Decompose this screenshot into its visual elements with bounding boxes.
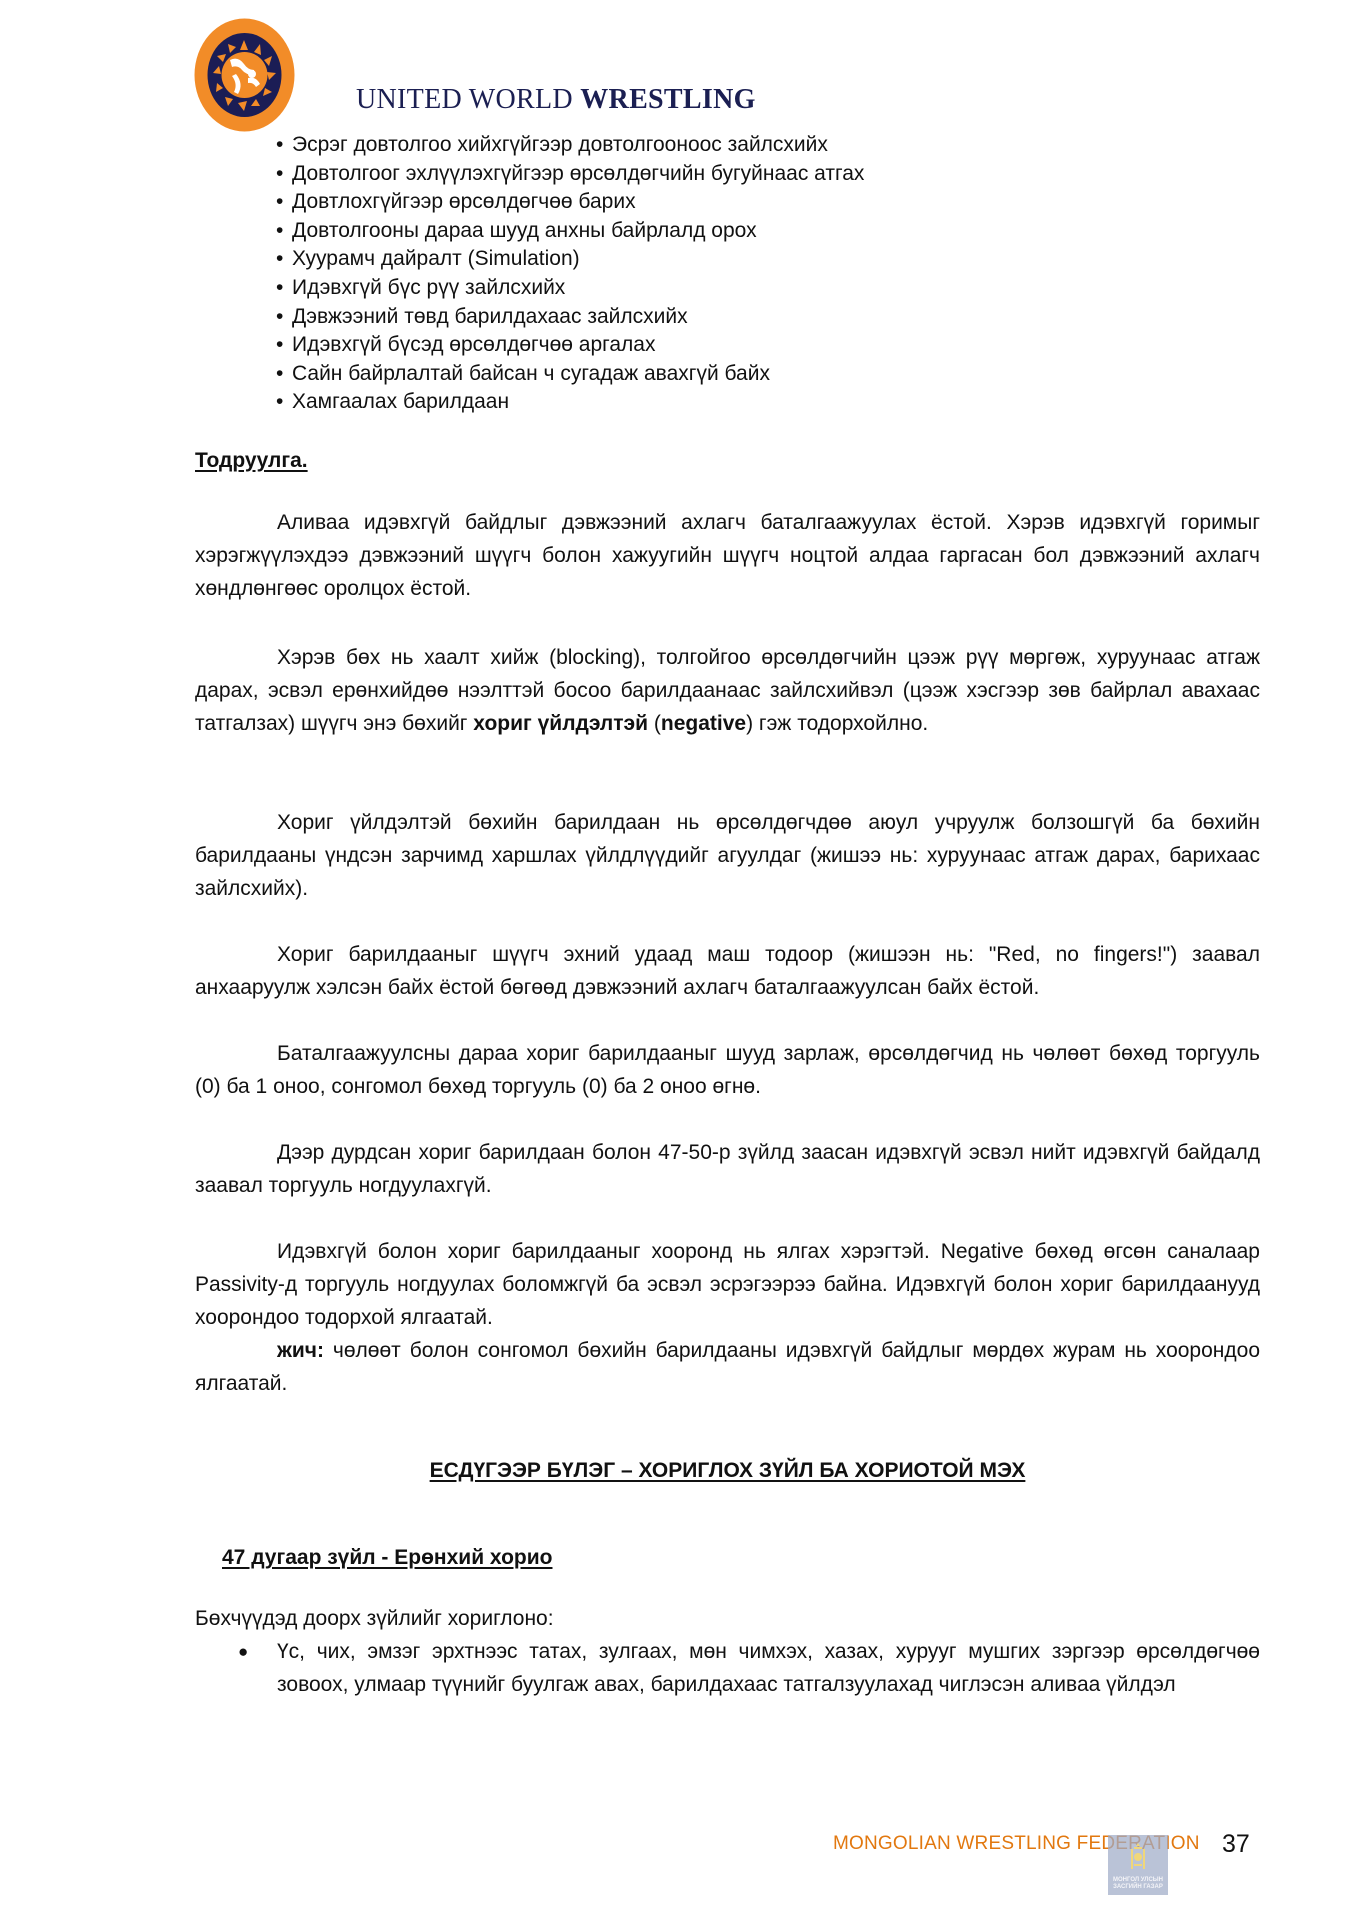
list-item: Довтолгооны дараа шууд анхны байрлалд ор…	[276, 217, 864, 246]
bold-term: хориг үйлдэлтэй	[473, 712, 648, 735]
list-item: Идэвхгүй бүс рүү зайлсхийх	[276, 274, 864, 303]
note-paragraph: жич: чөлөөт болон сонгомол бөхийн барилд…	[195, 1334, 1260, 1400]
paragraph-text: (	[648, 712, 661, 735]
paragraph-text: ) гэж тодорхойлно.	[746, 712, 928, 735]
uww-logo	[194, 18, 295, 132]
paragraph: Аливаа идэвхгүй байдлыг дэвжээний ахлагч…	[195, 506, 1260, 605]
org-title: UNITED WORLD WRESTLING	[356, 84, 756, 116]
prohibited-actions-list: ●Үс, чих, эмзэг эрхтнээс татах, зулгаах,…	[238, 1635, 1260, 1701]
stamp-text: МОНГОЛ УЛСЫНЗАСГИЙН ГАЗАР	[1113, 1877, 1163, 1891]
paragraph: Баталгаажуулсны дараа хориг барилдааныг …	[195, 1037, 1260, 1103]
clarification-heading: Тодруулга.	[195, 449, 308, 473]
paragraph: Идэвхгүй болон хориг барилдааныг хооронд…	[195, 1235, 1260, 1334]
list-item: Хамгаалах барилдаан	[276, 388, 864, 417]
wrestlers-sun-icon	[194, 18, 295, 132]
article-heading: 47 дугаар зүйл - Ерөнхий хорио	[222, 1546, 552, 1570]
paragraph: Дээр дурдсан хориг барилдаан болон 47-50…	[195, 1136, 1260, 1202]
chapter-title: ЕСДҮГЭЭР БҮЛЭГ – ХОРИГЛОХ ЗҮЙЛ БА ХОРИОТ…	[195, 1459, 1260, 1483]
passivity-actions-list: Эсрэг довтолгоо хийхгүйгээр довтолгооноо…	[276, 131, 864, 417]
list-item: ●Үс, чих, эмзэг эрхтнээс татах, зулгаах,…	[238, 1635, 1260, 1701]
list-item-text: Үс, чих, эмзэг эрхтнээс татах, зулгаах, …	[277, 1640, 1260, 1696]
note-label: жич:	[277, 1339, 324, 1362]
stamp-line: ЗАСГИЙН ГАЗАР	[1113, 1884, 1163, 1890]
list-item: Довтлохгүйгээр өрсөлдөгчөө барих	[276, 188, 864, 217]
soyombo-emblem-icon	[1131, 1843, 1145, 1869]
paragraph: Хориг барилдааныг шүүгч эхний удаад маш …	[195, 938, 1260, 1004]
list-item: Дэвжээний төвд барилдахаас зайлсхийх	[276, 303, 864, 332]
paragraph: Хориг үйлдэлтэй бөхийн барилдаан нь өрсө…	[195, 806, 1260, 905]
paragraph: Хэрэв бөх нь хаалт хийж (blocking), толг…	[195, 641, 1260, 740]
list-item: Хуурамч дайралт (Simulation)	[276, 245, 864, 274]
stamp-line: МОНГОЛ УЛСЫН	[1113, 1877, 1163, 1883]
chapter-title-text: ЕСДҮГЭЭР БҮЛЭГ – ХОРИГЛОХ ЗҮЙЛ БА ХОРИОТ…	[430, 1459, 1026, 1482]
org-title-regular: UNITED WORLD	[356, 84, 580, 115]
paragraph-text: чөлөөт болон сонгомол бөхийн барилдааны …	[195, 1339, 1260, 1395]
list-item: Идэвхгүй бүсэд өрсөлдөгчөө аргалах	[276, 331, 864, 360]
list-item: Эсрэг довтолгоо хийхгүйгээр довтолгооноо…	[276, 131, 864, 160]
article-intro: Бөхчүүдэд доорх зүйлийг хориглоно:	[195, 1602, 554, 1635]
list-item: Сайн байрлалтай байсан ч сугадаж авахгүй…	[276, 360, 864, 389]
government-stamp: МОНГОЛ УЛСЫНЗАСГИЙН ГАЗАР	[1108, 1835, 1168, 1895]
page-number: 37	[1222, 1830, 1250, 1859]
bold-term: negative	[661, 712, 746, 735]
list-item: Довтолгоог эхлүүлэхгүйгээр өрсөлдөгчийн …	[276, 160, 864, 189]
org-title-bold: WRESTLING	[580, 84, 755, 115]
bullet-icon: ●	[238, 1635, 248, 1668]
